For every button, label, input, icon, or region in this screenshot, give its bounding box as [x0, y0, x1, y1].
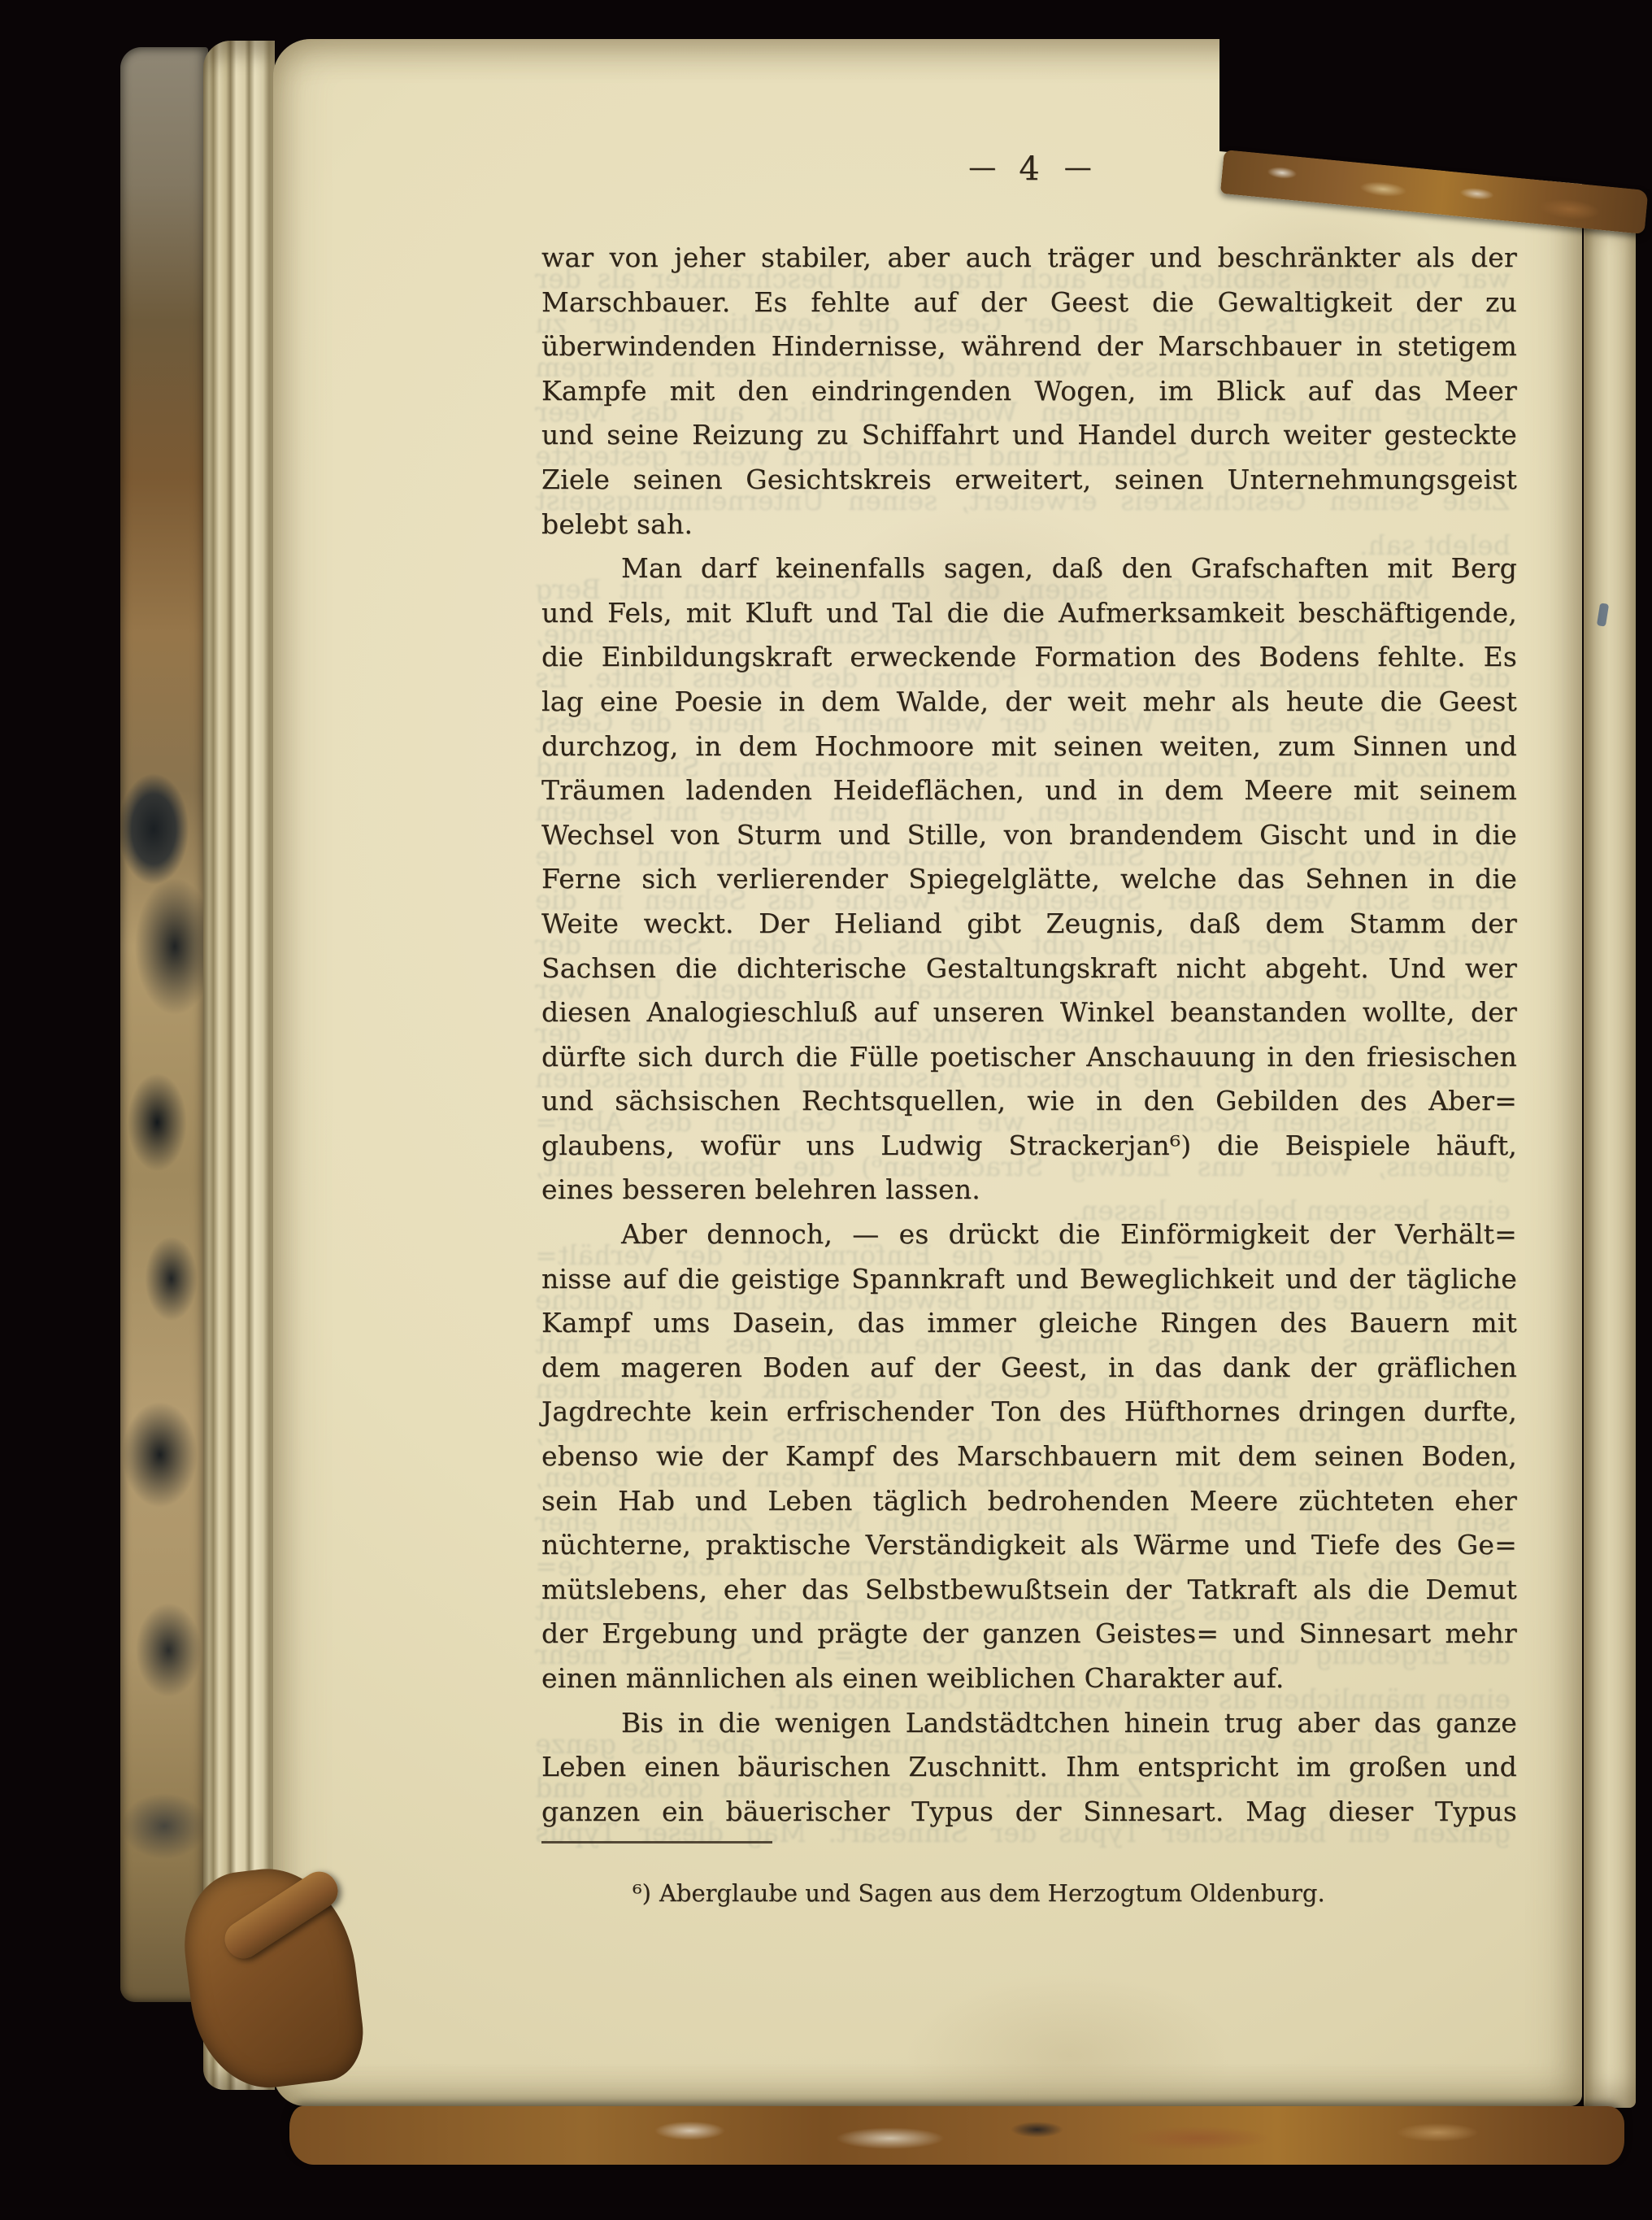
footnote-rule — [541, 1841, 772, 1843]
page-edge-stack — [203, 41, 275, 2090]
text-line: und Fels, mit Kluft und Tal die die Aufm… — [541, 591, 1517, 636]
text-line: mütslebens, eher das Selbstbewußtsein de… — [541, 1568, 1517, 1613]
footnote: ⁶)Aberglaube und Sagen aus dem Herzogtum… — [541, 1875, 1608, 1911]
next-page-edge — [1584, 211, 1636, 2108]
text-line: Bis in die wenigen Landstädtchen hinein … — [541, 1701, 1517, 1746]
text-line: eines besseren belehren lassen. — [541, 1168, 1517, 1212]
text-line: sein Hab und Leben täglich bedrohenden M… — [541, 1479, 1517, 1524]
book-photo: —4— war von jeher stabiler, aber auch tr… — [0, 0, 1652, 2220]
text-line: Ziele seinen Gesichtskreis erweitert, se… — [541, 458, 1517, 503]
text-line: und seine Reizung zu Schiffahrt und Hand… — [541, 413, 1517, 458]
text-line: belebt sah. — [541, 503, 1517, 547]
text-line: Marschbauer. Es fehlte auf der Geest die… — [541, 281, 1517, 325]
text-line: diesen Analogieschluß auf unseren Winkel… — [541, 990, 1517, 1035]
text-line: einen männlichen als einen weiblichen Ch… — [541, 1656, 1517, 1701]
text-line: ganzen ein bäuerischer Typus der Sinnesa… — [541, 1790, 1517, 1835]
text-line: Aber dennoch, — es drückt die Einförmigk… — [541, 1212, 1517, 1257]
text-block: war von jeher stabiler, aber auch träger… — [541, 236, 1517, 1834]
text-line: glaubens, wofür uns Ludwig Strackerjan⁶)… — [541, 1124, 1517, 1169]
text-line: war von jeher stabiler, aber auch träger… — [541, 236, 1517, 281]
page-number: 4 — [1019, 150, 1039, 188]
leather-bottom-edge — [289, 2106, 1624, 2165]
text-line: Sachsen die dichterische Gestaltungskraf… — [541, 947, 1517, 991]
text-line: dem mageren Boden auf der Geest, in das … — [541, 1346, 1517, 1391]
text-line: Leben einen bäurischen Zuschnitt. Ihm en… — [541, 1745, 1517, 1790]
text-line: Kampfe mit den eindringenden Wogen, im B… — [541, 369, 1517, 414]
text-line: Kampf ums Dasein, das immer gleiche Ring… — [541, 1301, 1517, 1346]
book-page: —4— war von jeher stabiler, aber auch tr… — [273, 39, 1582, 2106]
text-line: die Einbildungskraft erweckende Formatio… — [541, 635, 1517, 680]
text-line: Man darf keinenfalls sagen, daß den Graf… — [541, 546, 1517, 591]
header-dash: — — [1064, 151, 1090, 184]
header-dash: — — [968, 151, 994, 184]
text-line: Träumen ladenden Heideflächen, und in de… — [541, 768, 1517, 813]
text-line: Ferne sich verlierender Spiegelglätte, w… — [541, 857, 1517, 902]
text-line: durchzog, in dem Hochmoore mit seinen we… — [541, 725, 1517, 769]
footnote-marker: ⁶) — [633, 1879, 651, 1907]
text-line: ebenso wie der Kampf des Marschbauern mi… — [541, 1434, 1517, 1479]
text-line: der Ergebung und prägte der ganzen Geist… — [541, 1612, 1517, 1656]
marbled-cover-edge — [120, 47, 208, 2002]
text-line: und sächsischen Rechtsquellen, wie in de… — [541, 1079, 1517, 1124]
text-line: dürfte sich durch die Fülle poetischer A… — [541, 1035, 1517, 1080]
text-line: Weite weckt. Der Heliand gibt Zeugnis, d… — [541, 902, 1517, 947]
text-line: lag eine Poesie in dem Walde, der weit m… — [541, 680, 1517, 725]
text-line: nisse auf die geistige Spannkraft und Be… — [541, 1257, 1517, 1302]
text-line: Jagdrechte kein erfrischender Ton des Hü… — [541, 1390, 1517, 1434]
text-line: nüchterne, praktische Verständigkeit als… — [541, 1523, 1517, 1568]
text-line: überwindenden Hindernisse, während der M… — [541, 324, 1517, 369]
text-line: Wechsel von Sturm und Stille, von brande… — [541, 813, 1517, 858]
footnote-text: Aberglaube und Sagen aus dem Herzogtum O… — [659, 1879, 1325, 1907]
photo-black-background: { "page": { "header": { "dash_left": "—"… — [0, 0, 1652, 2220]
